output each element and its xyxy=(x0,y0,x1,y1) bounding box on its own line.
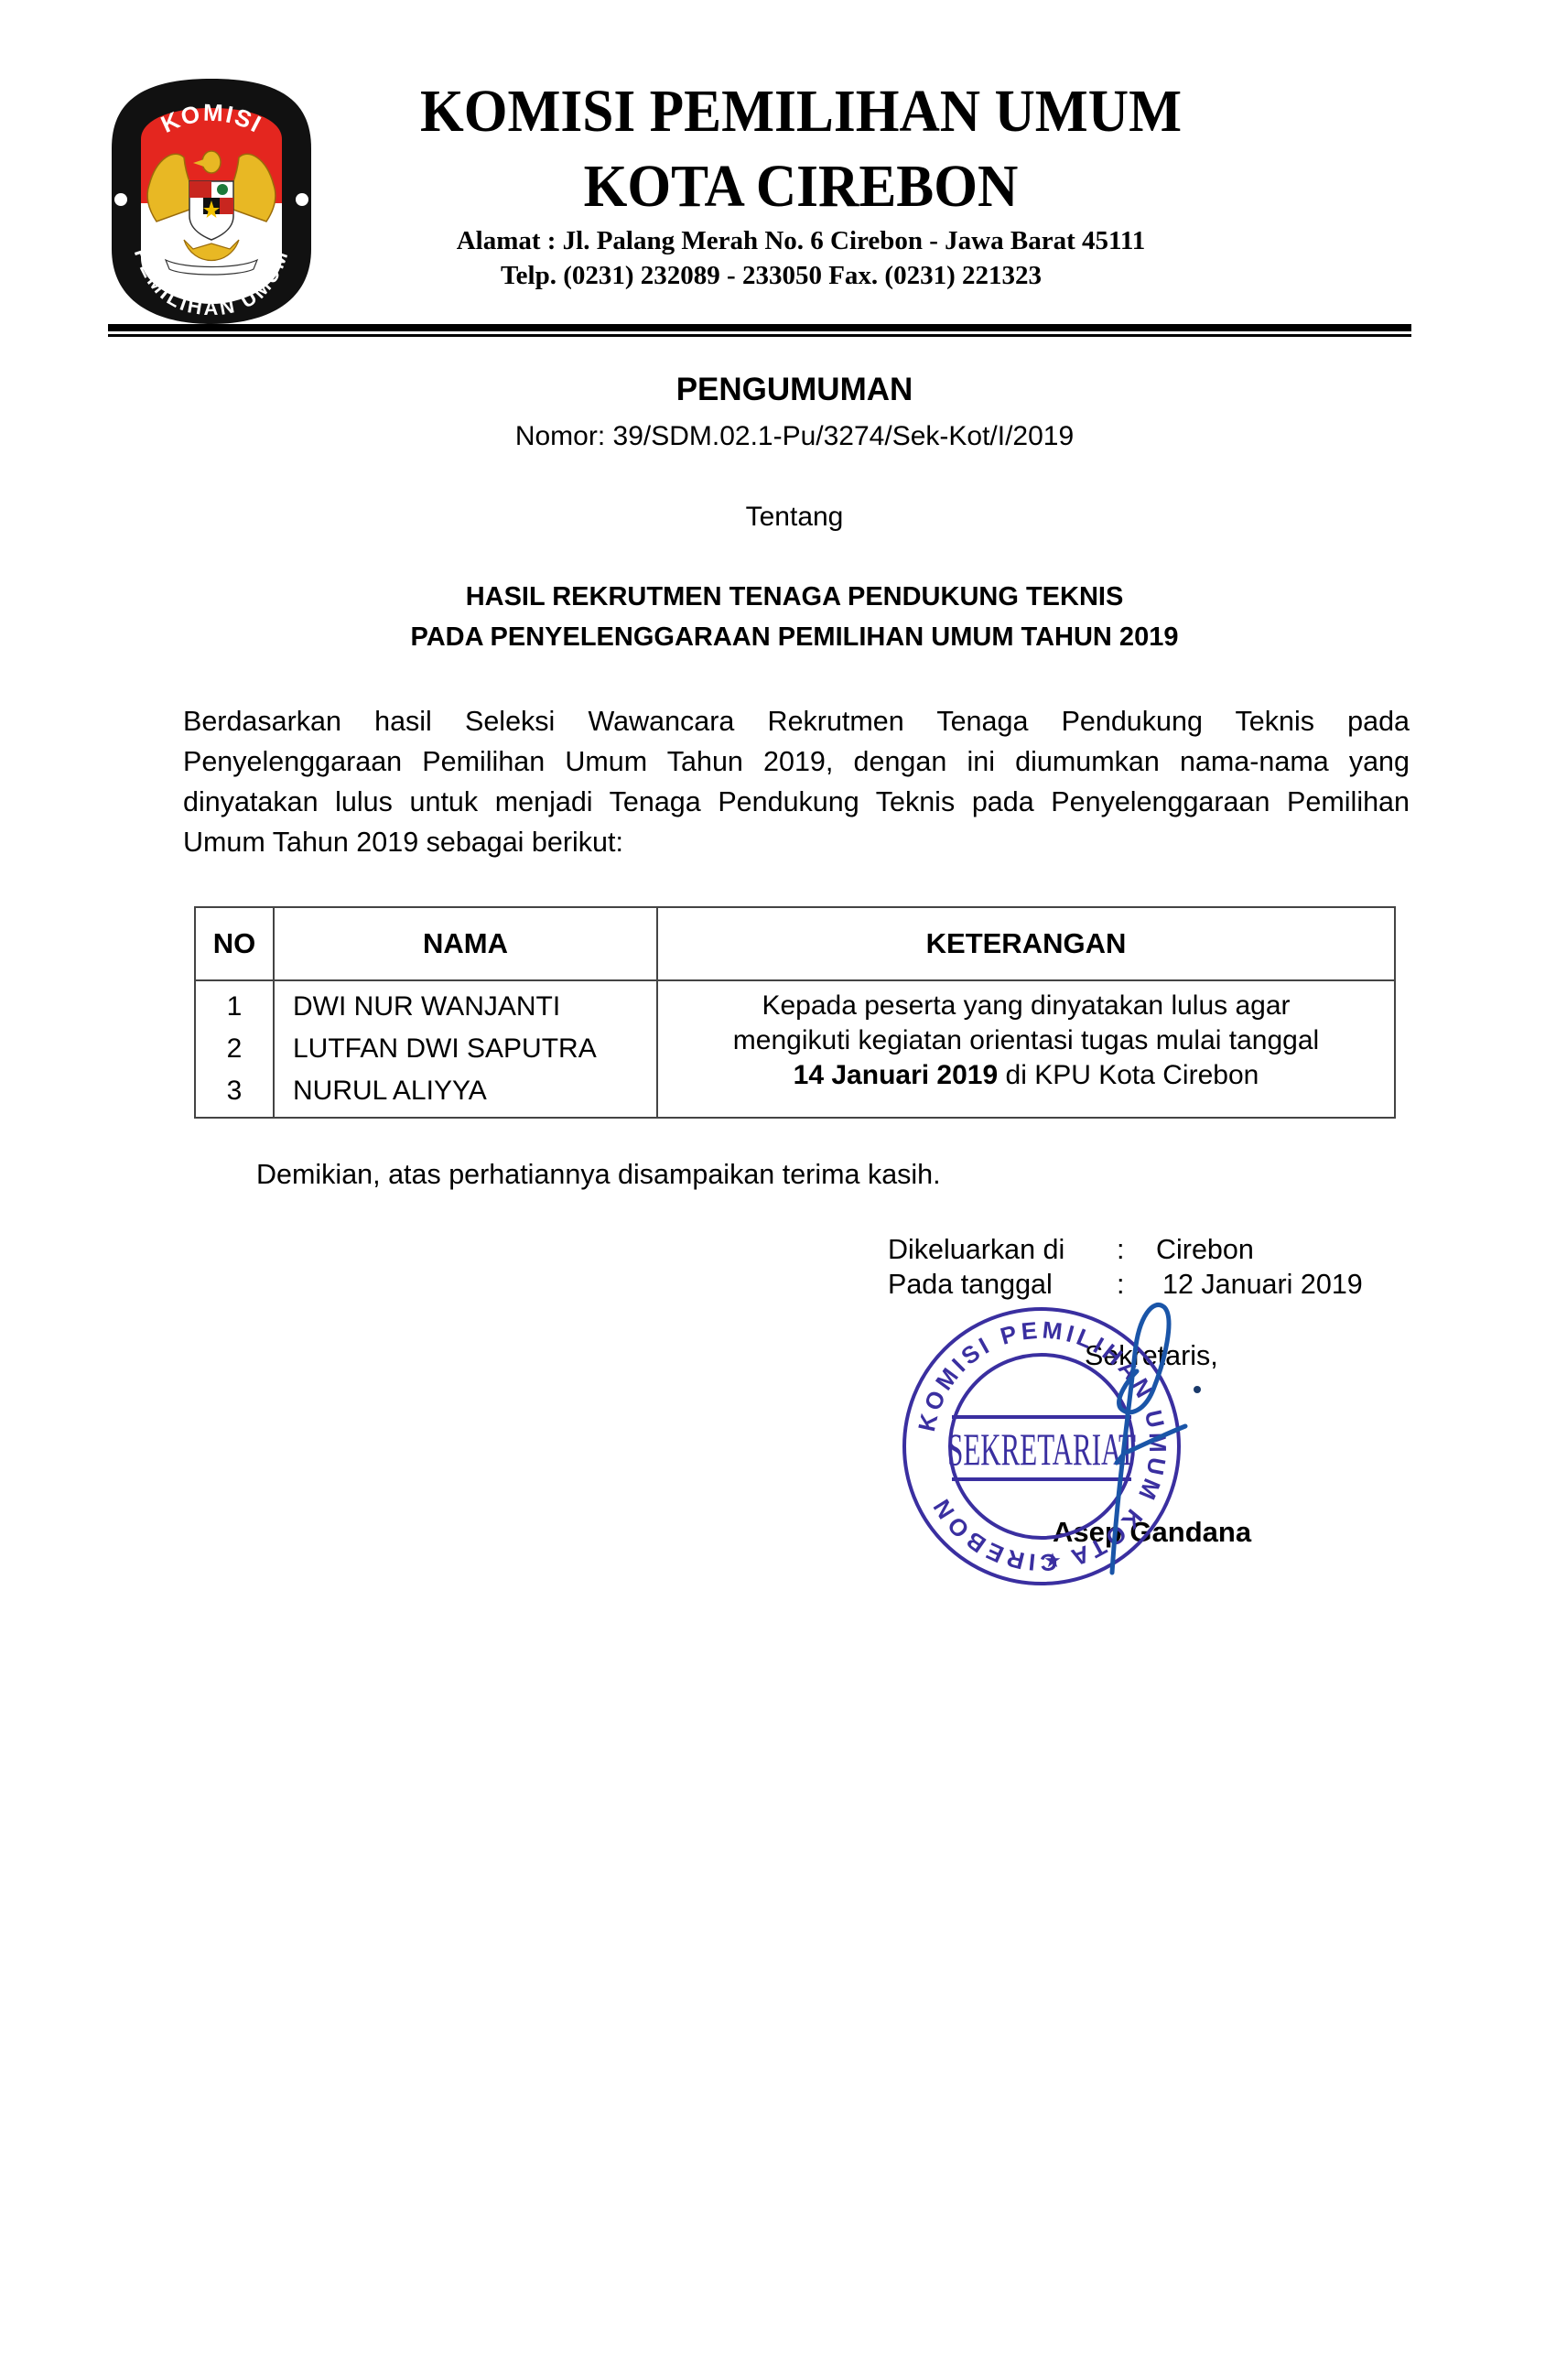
document-number: Nomor: 39/SDM.02.1-Pu/3274/Sek-Kot/I/201… xyxy=(108,421,1481,452)
issued-at-value: Cirebon xyxy=(1156,1234,1254,1266)
nama-column-cell: DWI NUR WANJANTI LUTFAN DWI SAPUTRA NURU… xyxy=(274,980,657,1118)
row-name: NURUL ALIYYA xyxy=(293,1070,655,1112)
org-name-line1: KOMISI PEMILIHAN UMUM xyxy=(311,73,1291,150)
svg-text:SEKRETARIAT: SEKRETARIAT xyxy=(947,1424,1136,1475)
svg-text:★: ★ xyxy=(1043,1549,1062,1572)
no-column-cell: 1 2 3 xyxy=(195,980,274,1118)
header-no: NO xyxy=(195,907,274,980)
signer-title: Sekretaris, xyxy=(1085,1340,1218,1372)
issued-date-value: 12 Januari 2019 xyxy=(1162,1269,1363,1301)
table-row: 1 2 3 DWI NUR WANJANTI LUTFAN DWI SAPUTR… xyxy=(195,980,1395,1118)
letterhead-divider-thick xyxy=(108,324,1411,331)
document-subject-line1: HASIL REKRUTMEN TENAGA PENDUKUNG TEKNIS xyxy=(108,582,1481,612)
org-phone: Telp. (0231) 232089 - 233050 Fax. (0231)… xyxy=(275,259,1268,292)
keterangan-cell: Kepada peserta yang dinyatakan lulus aga… xyxy=(657,980,1395,1118)
intro-paragraph: Berdasarkan hasil Seleksi Wawancara Rekr… xyxy=(183,701,1410,862)
header-keterangan: KETERANGAN xyxy=(657,907,1395,980)
issued-date-label: Pada tanggal xyxy=(888,1269,1053,1301)
header-nama: NAMA xyxy=(274,907,657,980)
keterangan-date: 14 Januari 2019 xyxy=(794,1060,999,1090)
document-about-label: Tentang xyxy=(108,502,1481,533)
document-type-title: PENGUMUMAN xyxy=(108,372,1481,408)
issued-at-colon: : xyxy=(1117,1234,1124,1266)
signer-name: Asep Gandana xyxy=(1053,1516,1251,1549)
row-name: DWI NUR WANJANTI xyxy=(293,986,655,1028)
row-number: 1 xyxy=(197,986,272,1028)
issued-at-label: Dikeluarkan di xyxy=(888,1234,1064,1266)
keterangan-location: di KPU Kota Cirebon xyxy=(998,1060,1259,1090)
row-name: LUTFAN DWI SAPUTRA xyxy=(293,1028,655,1070)
keterangan-line2: mengikuti kegiatan orientasi tugas mulai… xyxy=(659,1023,1393,1058)
closing-sentence: Demikian, atas perhatiannya disampaikan … xyxy=(256,1159,941,1191)
keterangan-line3: 14 Januari 2019 di KPU Kota Cirebon xyxy=(659,1058,1393,1093)
org-name-line2: KOTA CIREBON xyxy=(311,148,1291,225)
table-header-row: NO NAMA KETERANGAN xyxy=(195,907,1395,980)
results-table: NO NAMA KETERANGAN 1 2 3 DWI NUR WANJANT… xyxy=(194,906,1396,1119)
document-subject-line2: PADA PENYELENGGARAAN PEMILIHAN UMUM TAHU… xyxy=(108,622,1481,653)
letterhead-divider-thin xyxy=(108,334,1411,337)
issued-date-colon: : xyxy=(1117,1269,1124,1301)
row-number: 2 xyxy=(197,1028,272,1070)
row-number: 3 xyxy=(197,1070,272,1112)
keterangan-line1: Kepada peserta yang dinyatakan lulus aga… xyxy=(659,989,1393,1023)
org-address: Alamat : Jl. Palang Merah No. 6 Cirebon … xyxy=(275,224,1327,257)
